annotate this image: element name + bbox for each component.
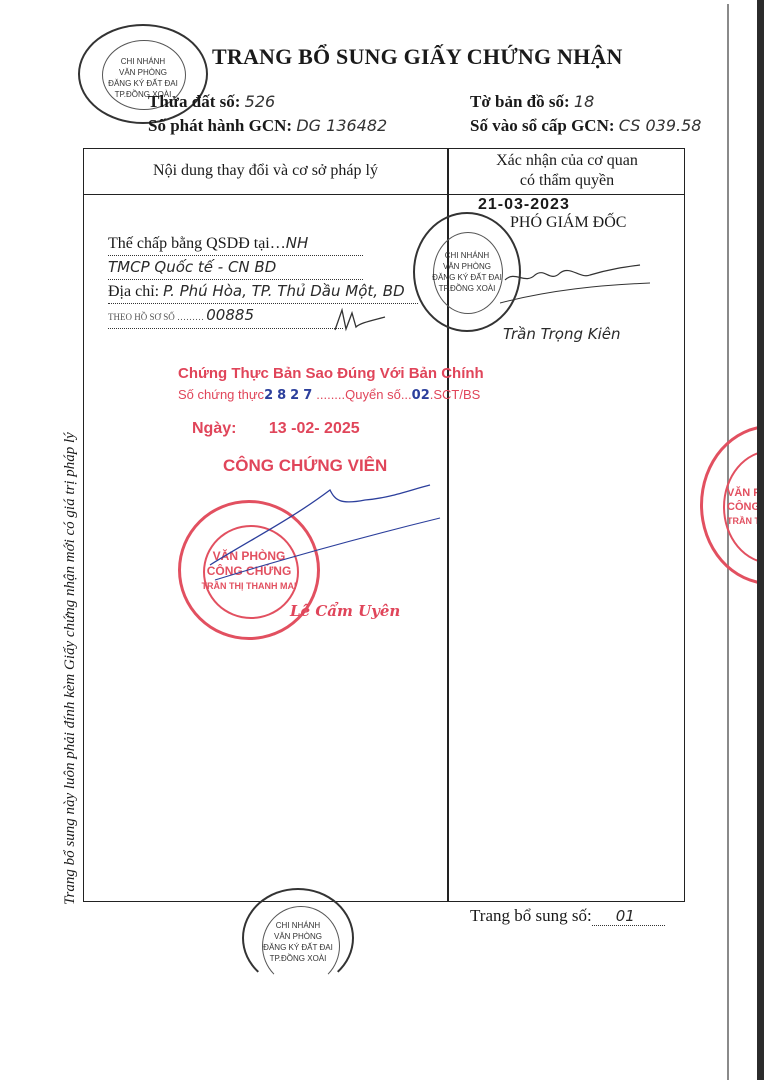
- entry-line1-value: NH: [286, 234, 309, 252]
- director-name: Trần Trọng Kiên: [503, 325, 621, 343]
- page-value: 01: [592, 907, 665, 926]
- issue-number: Số phát hành GCN: DG 136482: [148, 116, 387, 136]
- register-value: CS 039.58: [619, 116, 702, 135]
- supplement-page-number: Trang bổ sung số:01: [470, 906, 665, 926]
- document-title: TRANG BỔ SUNG GIẤY CHỨNG NHẬN: [212, 44, 623, 70]
- map-sheet-number: Tờ bản đồ số: 18: [470, 92, 594, 112]
- issue-label: Số phát hành GCN:: [148, 116, 292, 135]
- book-suffix: SCT/BS: [433, 387, 480, 402]
- stamp-line: CHI NHÁNH: [244, 920, 352, 931]
- cert-date-label: Ngày:: [192, 420, 236, 437]
- director-signature: [500, 255, 650, 315]
- side-note: Trang bổ sung này luôn phải đính kèm Giấ…: [62, 432, 79, 905]
- parcel-label: Thửa đất số:: [148, 92, 240, 111]
- entry-content: Thế chấp bằng QSDĐ tại…NH TMCP Quốc tế -…: [108, 232, 363, 329]
- register-label: Số vào sổ cấp GCN:: [470, 116, 615, 135]
- header-changes: Nội dung thay đổi và cơ sở pháp lý: [84, 161, 447, 181]
- scan-edge-bar: [757, 0, 764, 1080]
- stamp-line: VĂN PHÒNG: [244, 931, 352, 942]
- book-value: 02: [412, 388, 430, 403]
- entry-line4-label: THEO HỒ SƠ SỐ: [108, 312, 175, 322]
- stamp-line: ĐĂNG KÝ ĐẤT ĐAI: [244, 942, 352, 953]
- initials-signature: [330, 305, 390, 335]
- notary-stamp-line: VĂN PHÒNG: [727, 486, 757, 500]
- entry-line2-value: TMCP Quốc tế - CN BD: [108, 258, 276, 276]
- parcel-number: Thửa đất số: 526: [148, 92, 275, 112]
- certification-heading: Chứng Thực Bản Sao Đúng Với Bản Chính: [178, 365, 484, 382]
- map-sheet-value: 18: [574, 92, 594, 111]
- notary-name: Lê Cẩm Uyên: [290, 602, 400, 620]
- confirmation-date: 21-03-2023: [478, 196, 570, 214]
- cert-no-value: 2827: [264, 388, 316, 403]
- entry-line-2: TMCP Quốc tế - CN BD: [108, 256, 363, 280]
- book-label: Quyển số: [345, 387, 401, 402]
- register-number: Số vào sổ cấp GCN: CS 039.58: [470, 116, 701, 136]
- stamp-line: VĂN PHÒNG: [80, 67, 206, 78]
- entry-line4-value: 00885: [206, 306, 254, 324]
- certification-number-line: Số chứng thực2827........Quyển số...02.S…: [178, 387, 480, 403]
- page-label: Trang bổ sung số:: [470, 906, 592, 925]
- parcel-value: 526: [245, 92, 276, 111]
- notary-signature: [190, 480, 450, 600]
- entry-line-3: Địa chỉ: P. Phú Hòa, TP. Thủ Dầu Một, BD: [108, 280, 418, 304]
- header-confirmation-line2: có thẩm quyền: [448, 171, 686, 191]
- land-office-stamp-bottom: CHI NHÁNH VĂN PHÒNG ĐĂNG KÝ ĐẤT ĐAI TP.Đ…: [242, 888, 354, 988]
- stamp-line: TP.ĐỒNG XOÀI: [244, 953, 352, 964]
- entry-line-4: THEO HỒ SƠ SỐ ……… 00885: [108, 304, 343, 329]
- notary-stamp-partial-clip: VĂN PHÒNG CÔNG CHỨNG TRẦN THỊ THANH MAI: [700, 425, 757, 585]
- entry-line3-label: Địa chỉ:: [108, 283, 159, 300]
- notary-role: CÔNG CHỨNG VIÊN: [223, 456, 387, 476]
- cert-date-value: 13 -02- 2025: [269, 420, 360, 437]
- header-confirmation-line1: Xác nhận của cơ quan: [448, 151, 686, 171]
- stamp-line: ĐĂNG KÝ ĐẤT ĐAI: [80, 78, 206, 89]
- stamp-line: CHI NHÁNH: [80, 56, 206, 67]
- entry-line3-value: P. Phú Hòa, TP. Thủ Dầu Một, BD: [163, 282, 405, 300]
- issue-value: DG 136482: [296, 116, 387, 135]
- cert-no-label: Số chứng thực: [178, 387, 264, 402]
- notary-stamp-line: TRẦN THỊ THANH MAI: [727, 514, 757, 528]
- certification-date-line: Ngày: 13 -02- 2025: [192, 420, 360, 438]
- header-confirmation: Xác nhận của cơ quan có thẩm quyền: [448, 151, 686, 191]
- notary-stamp-partial: VĂN PHÒNG CÔNG CHỨNG TRẦN THỊ THANH MAI: [700, 425, 757, 585]
- confirmation-position: PHÓ GIÁM ĐỐC: [510, 214, 626, 232]
- entry-line1-label: Thế chấp bằng QSDĐ tại: [108, 235, 270, 252]
- map-sheet-label: Tờ bản đồ số:: [470, 92, 570, 111]
- entry-line-1: Thế chấp bằng QSDĐ tại…NH: [108, 232, 363, 256]
- notary-stamp-line: CÔNG CHỨNG: [727, 500, 757, 514]
